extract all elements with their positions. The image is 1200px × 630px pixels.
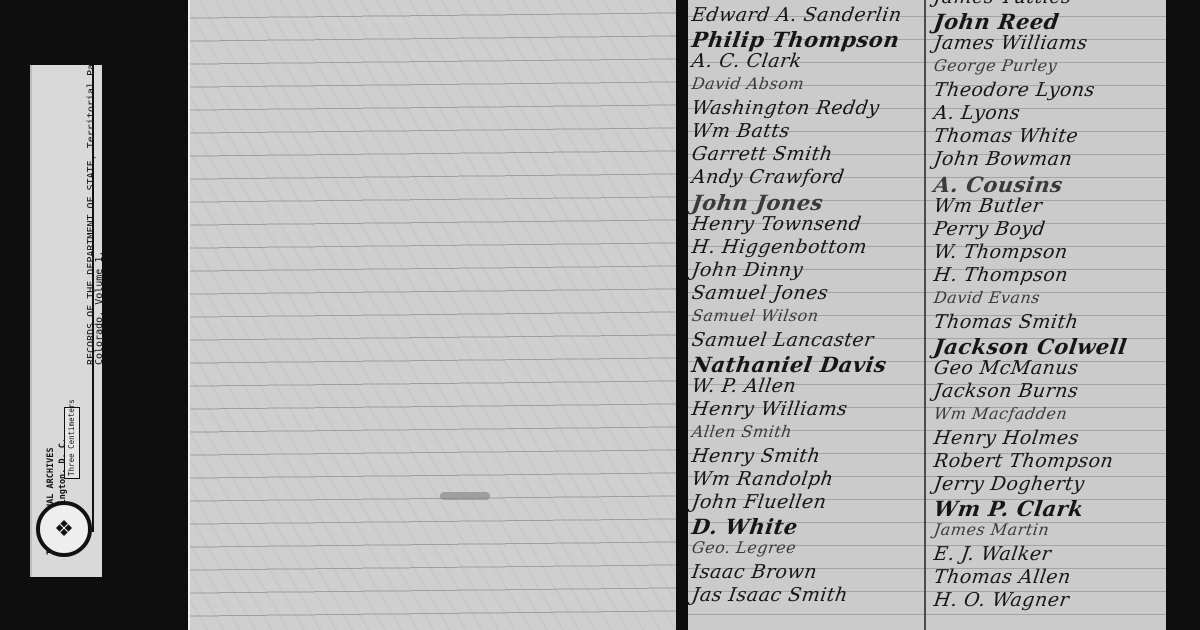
signature-entry: Samuel Wilson	[691, 306, 820, 325]
signature-entry: Geo McManus	[932, 357, 1080, 379]
signature-entry: Thomas Smith	[932, 311, 1080, 333]
signature-entry: Edward A. Sanderlin	[690, 4, 903, 26]
signature-entry: Nathaniel Davis	[690, 352, 888, 377]
signature-entry: John Fluellen	[690, 491, 828, 513]
signature-entry: W. Thompson	[932, 241, 1069, 263]
page-gutter	[676, 0, 688, 630]
signature-entry: A. Cousins	[932, 172, 1064, 197]
signature-entry: W. P. Allen	[690, 375, 797, 397]
signature-entry: A. C. Clark	[690, 50, 803, 72]
signature-entry: Henry Smith	[690, 445, 821, 467]
national-archives-seal-icon: ❖	[36, 501, 92, 557]
collection-title-line2: Colorado, Volume 1.	[94, 251, 105, 365]
scale-box: Three Centimeters	[64, 407, 80, 479]
left-ledger-page	[188, 0, 678, 630]
signature-entry: John Reed	[932, 9, 1061, 34]
signature-entry: John Bowman	[932, 148, 1073, 170]
signature-entry: Thomas Allen	[932, 566, 1072, 588]
right-ledger-page: Edward A. SanderlinPhilip ThompsonA. C. …	[688, 0, 1166, 630]
signature-entry: Geo. Legree	[691, 538, 798, 557]
signature-entry: Isaac Brown	[690, 561, 818, 583]
signature-entry: Perry Boyd	[932, 218, 1047, 240]
signature-entry: Samuel Lancaster	[690, 329, 875, 351]
signature-entry: John Jones	[690, 190, 825, 215]
ruled-lines	[190, 0, 678, 630]
signature-entry: Wm Butler	[932, 195, 1043, 217]
signature-entry: Allen Smith	[691, 422, 794, 441]
signature-entry: Theodore Lyons	[932, 79, 1096, 101]
signature-entry: Henry Townsend	[690, 213, 863, 235]
signature-entry: Jas Isaac Smith	[690, 584, 849, 606]
signature-entry: Robert Thompson	[932, 450, 1114, 472]
scale-label: Three Centimeters	[67, 399, 76, 476]
ink-smudge	[440, 492, 490, 500]
signature-entry: David Evans	[933, 288, 1042, 307]
signature-entry: H. Thompson	[932, 264, 1069, 286]
signature-entry: Thomas White	[932, 125, 1079, 147]
signature-entry: Henry Holmes	[932, 427, 1080, 449]
signature-entry: Wm Batts	[690, 120, 791, 142]
signature-entry: Andy Crawford	[690, 166, 845, 188]
signature-entry: Jerry Dogherty	[932, 473, 1086, 495]
signature-entry: A. Lyons	[932, 102, 1021, 124]
signature-entry: H. O. Wagner	[932, 589, 1070, 611]
signature-entry: Jackson Colwell	[932, 334, 1128, 359]
signature-entry: George Purley	[933, 56, 1059, 75]
signature-entry: H. Higgenbottom	[690, 236, 868, 258]
column-divider	[924, 0, 926, 630]
signature-entry: John Dinny	[690, 259, 804, 281]
signature-entry: James Tuttles	[932, 0, 1073, 8]
signature-entry: Wm P. Clark	[932, 496, 1085, 521]
signature-entry: Washington Reddy	[690, 97, 881, 119]
signature-entry: Wm Macfadden	[933, 404, 1069, 423]
signature-entry: Henry Williams	[690, 398, 849, 420]
signature-entry: Wm Randolph	[690, 468, 835, 490]
signature-entry: James Martin	[933, 520, 1051, 539]
signature-entry: Garrett Smith	[690, 143, 834, 165]
signature-entry: D. White	[690, 514, 799, 539]
signature-entry: David Absom	[691, 74, 806, 93]
signature-entry: Samuel Jones	[690, 282, 829, 304]
archival-label-strip: RECORDS OF THE DEPARTMENT OF STATE, Terr…	[30, 65, 102, 577]
signature-entry: Philip Thompson	[690, 27, 901, 52]
signature-entry: James Williams	[932, 32, 1089, 54]
signature-entry: E. J. Walker	[932, 543, 1052, 565]
signature-entry: Jackson Burns	[932, 380, 1079, 402]
